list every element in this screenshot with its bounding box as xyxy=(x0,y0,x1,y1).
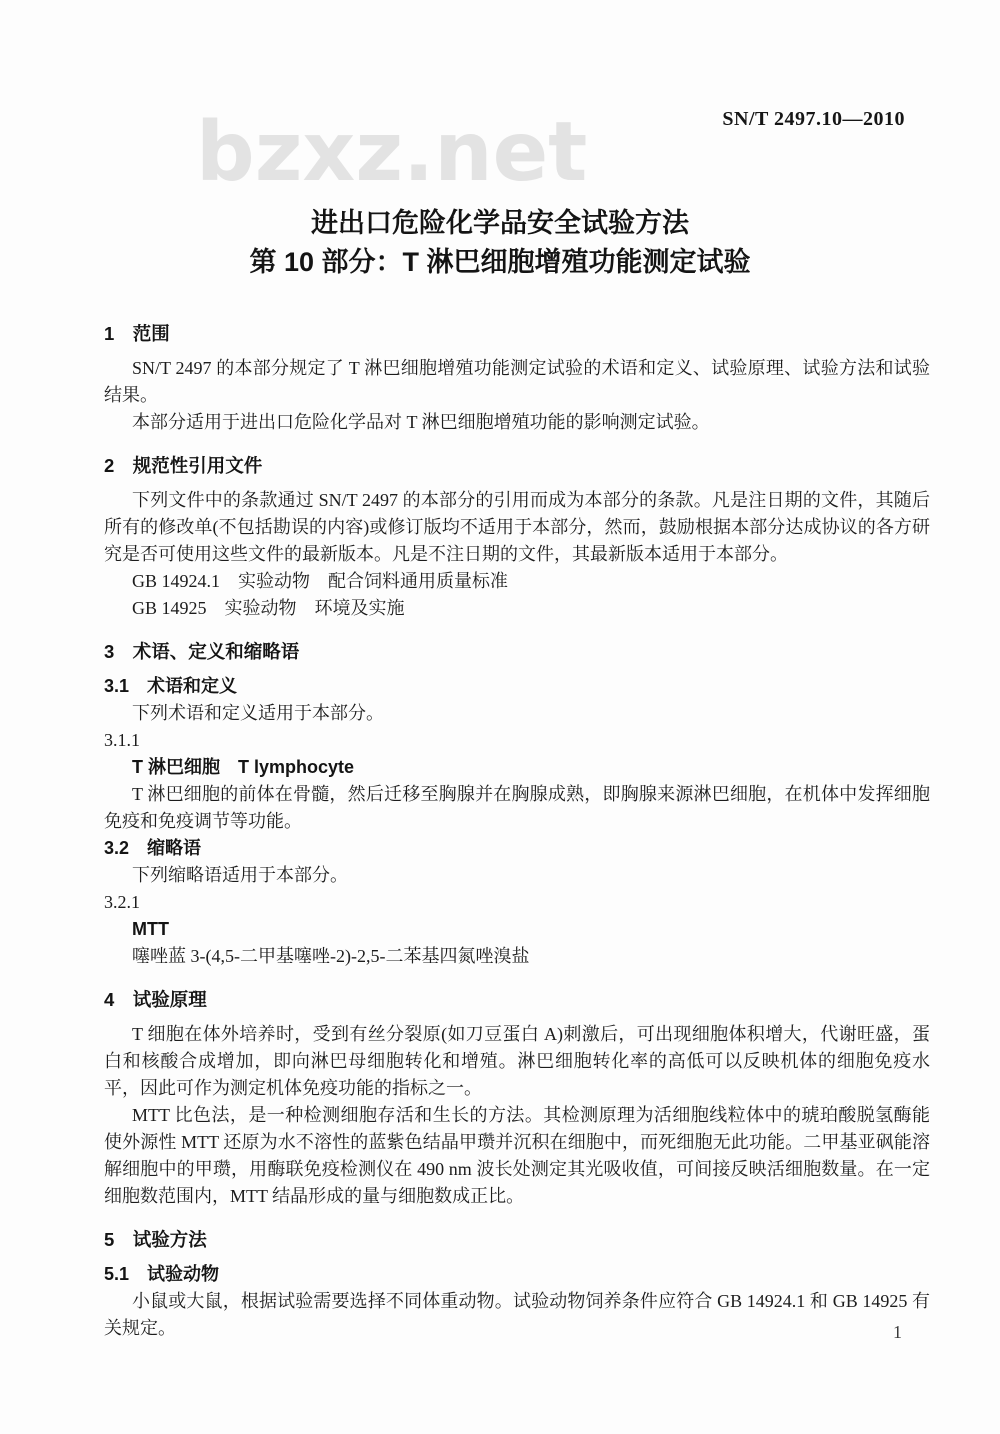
clause-3-2-1-term: MTT xyxy=(104,916,930,943)
clause-3-2-1-number: 3.2.1 xyxy=(104,889,930,916)
document-page: SN/T 2497.10—2010 bzxz.net 进出口危险化学品安全试验方… xyxy=(0,0,1000,1434)
section-4-paragraph-2: MTT 比色法，是一种检测细胞存活和生长的方法。其检测原理为活细胞线粒体中的琥珀… xyxy=(104,1102,930,1210)
section-1-heading: 1 范围 xyxy=(104,320,930,347)
clause-3-2-1-definition: 噻唑蓝 3-(4,5-二甲基噻唑-2)-2,5-二苯基四氮唑溴盐 xyxy=(104,943,930,970)
clause-3-1-1-term: T 淋巴细胞 T lymphocyte xyxy=(104,754,930,781)
section-1-paragraph-2: 本部分适用于进出口危险化学品对 T 淋巴细胞增殖功能的影响测定试验。 xyxy=(104,409,930,436)
section-2-heading: 2 规范性引用文件 xyxy=(104,452,930,479)
section-3-1-paragraph-1: 下列术语和定义适用于本部分。 xyxy=(104,700,930,727)
section-2-reference-1: GB 14924.1 实验动物 配合饲料通用质量标准 xyxy=(104,568,930,595)
section-3-heading: 3 术语、定义和缩略语 xyxy=(104,638,930,665)
section-2-reference-2: GB 14925 实验动物 环境及实施 xyxy=(104,595,930,622)
standard-code: SN/T 2497.10—2010 xyxy=(722,108,905,131)
section-3-2-heading: 3.2 缩略语 xyxy=(104,835,930,862)
section-3-1-heading: 3.1 术语和定义 xyxy=(104,673,930,700)
section-3-2-paragraph-1: 下列缩略语适用于本部分。 xyxy=(104,862,930,889)
document-title-line1: 进出口危险化学品安全试验方法 xyxy=(0,201,1000,240)
section-2-paragraph-1: 下列文件中的条款通过 SN/T 2497 的本部分的引用而成为本部分的条款。凡是… xyxy=(104,487,930,568)
clause-3-1-1-definition: T 淋巴细胞的前体在骨髓，然后迁移至胸腺并在胸腺成熟，即胸腺来源淋巴细胞，在机体… xyxy=(104,781,930,835)
document-body: 1 范围 SN/T 2497 的本部分规定了 T 淋巴细胞增殖功能测定试验的术语… xyxy=(104,320,930,1342)
section-5-1-heading: 5.1 试验动物 xyxy=(104,1261,930,1288)
clause-3-1-1-number: 3.1.1 xyxy=(104,727,930,754)
section-5-heading: 5 试验方法 xyxy=(104,1226,930,1253)
document-title-line2: 第 10 部分：T 淋巴细胞增殖功能测定试验 xyxy=(0,240,1000,279)
watermark: bzxz.net xyxy=(196,112,587,194)
page-number: 1 xyxy=(893,1322,902,1343)
section-1-paragraph-1: SN/T 2497 的本部分规定了 T 淋巴细胞增殖功能测定试验的术语和定义、试… xyxy=(104,355,930,409)
section-4-paragraph-1: T 细胞在体外培养时，受到有丝分裂原(如刀豆蛋白 A)刺激后，可出现细胞体积增大… xyxy=(104,1021,930,1102)
section-4-heading: 4 试验原理 xyxy=(104,986,930,1013)
section-5-1-paragraph-1: 小鼠或大鼠，根据试验需要选择不同体重动物。试验动物饲养条件应符合 GB 1492… xyxy=(104,1288,930,1342)
